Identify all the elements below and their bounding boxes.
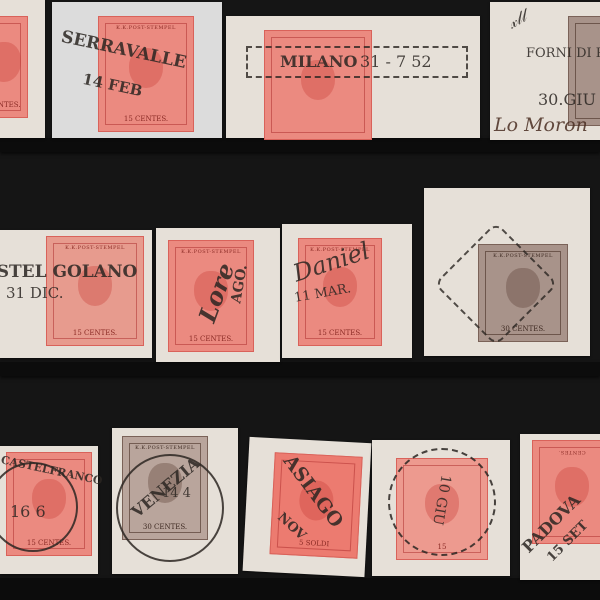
stockbook-strip-3 xyxy=(0,578,600,600)
stamp-value: 15 CENTES. xyxy=(299,329,381,337)
postmark-town: MILANO xyxy=(280,52,357,71)
paper-piece: 15 CENTES. CASTELFRANCO 16 6 xyxy=(0,446,98,574)
paper-piece: 𝓍𝓁𝓁 FORNI DI RRE 30.GIU Lo Moron xyxy=(490,2,600,140)
stamp-header: CENTES. xyxy=(533,449,600,455)
paper-piece: 5 SOLDI ASIAGO NOV xyxy=(243,437,372,577)
stockbook-strip-1 xyxy=(0,138,600,152)
paper-piece: K.K.POST-STEMPEL 15 CENTES. Lore AGO. xyxy=(156,228,280,362)
paper-piece: K.K.POST-STEMPEL 15 CENTES. SERRAVALLE 1… xyxy=(52,2,222,138)
stamp-value: 15 CENTES. xyxy=(47,329,143,337)
paper-piece: CENTES. xyxy=(0,0,45,138)
postmark-date: 31 - 7 52 xyxy=(360,52,432,71)
stamp-header: K.K.POST-STEMPEL xyxy=(47,245,143,251)
paper-piece: K.K.POST-STEMPEL 15 CENTES. Daniel 11 MA… xyxy=(282,224,412,358)
stamp: K.K.POST-STEMPEL 15 CENTES. xyxy=(98,16,194,132)
paper-piece: MILANO 31 - 7 52 xyxy=(226,16,480,138)
stamp xyxy=(568,16,600,126)
stamp-value: 15 CENTES. xyxy=(99,115,193,123)
stamp-header: K.K.POST-STEMPEL xyxy=(169,249,253,255)
paper-piece: K.K.POST-STEMPEL 30 CENTES. xyxy=(424,188,590,356)
stamp: CENTES. xyxy=(0,16,28,118)
paper-piece: 15 10 GIU xyxy=(372,440,510,576)
postmark-date: 16 6 xyxy=(10,502,46,521)
stockbook-strip-2 xyxy=(0,362,600,376)
postmark-town: FORNI DI RRE xyxy=(526,46,600,61)
paper-piece: CENTES. PADOVA 15 SET xyxy=(520,434,600,580)
manuscript-text: Lo Moron xyxy=(494,114,588,136)
manuscript-initials: 𝓍𝓁𝓁 xyxy=(504,7,530,33)
stamp-value: 15 CENTES. xyxy=(169,335,253,343)
postmark-date: 14 4 xyxy=(162,486,191,501)
postmark-town: CASTEL GOLANO xyxy=(0,262,137,282)
stamp-header: K.K.POST-STEMPEL xyxy=(123,445,207,451)
stamp-header: K.K.POST-STEMPEL xyxy=(99,25,193,31)
stamp-value: CENTES. xyxy=(0,101,27,109)
paper-piece: K.K.POST-STEMPEL 15 CENTES. CASTEL GOLAN… xyxy=(0,230,152,358)
paper-piece: K.K.POST-STEMPEL 30 CENTES. VENEZIA 14 4 xyxy=(112,428,238,574)
postmark-date: 31 DIC. xyxy=(6,284,64,302)
postmark-date: 30.GIU xyxy=(538,90,596,109)
